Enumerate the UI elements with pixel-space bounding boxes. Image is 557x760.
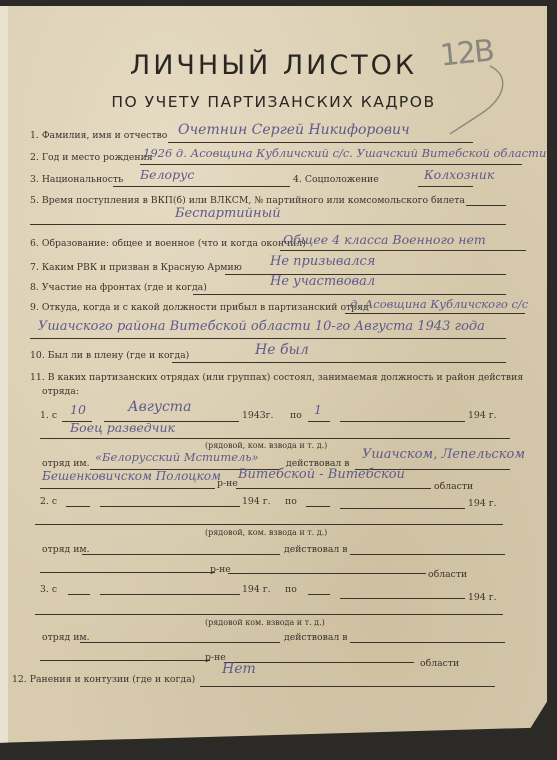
entry-2-region-label: области	[428, 569, 467, 580]
entry-2-acted-line	[350, 554, 505, 555]
entry-1-detachment-label: отряд им.	[42, 458, 90, 469]
entry-3-day-line	[68, 594, 90, 595]
field-11-label: 11. В каких партизанских отрядах (или гр…	[30, 372, 523, 383]
entry-3-num: 3. с	[40, 584, 57, 595]
entry-1-to-label: по	[290, 410, 302, 421]
entry-3-month-line	[100, 594, 240, 595]
entry-3-monthto-line	[340, 598, 465, 599]
field-9-value-line1: д. Асовщина Кубличского с/с	[350, 297, 528, 311]
field-7-value: Не призывался	[270, 254, 375, 269]
document-page: ЛИЧНЫЙ ЛИСТОК ПО УЧЕТУ ПАРТИЗАНСКИХ КАДР…	[0, 6, 547, 754]
field-12-value: Нет	[222, 661, 256, 677]
entry-1-month-from: Августа	[128, 399, 191, 415]
entry-2-district-line	[40, 572, 215, 573]
entry-2-detachment-line	[82, 554, 280, 555]
entry-3-position-line	[35, 614, 503, 615]
entry-3-detachment-line	[80, 642, 280, 643]
field-5-line-a	[466, 205, 506, 206]
field-3-line	[113, 186, 290, 187]
entry-1-district: Бешенковичском Полоцком	[42, 469, 221, 483]
entry-1-detachment: «Белорусский Мститель»	[95, 450, 259, 464]
field-1-value: Очетнин Сергей Никифорович	[178, 122, 410, 138]
entry-2-region-line	[228, 573, 426, 574]
field-11-label-cont: отряда:	[42, 386, 79, 397]
field-7-label: 7. Каким РВК и призван в Красную Армию	[30, 262, 242, 273]
field-2-label: 2. Год и место рождения	[30, 152, 153, 163]
entry-1-region-label: области	[434, 481, 473, 492]
entry-1-dayto-line	[308, 421, 330, 422]
field-6-value: Общее 4 класса Военного нет	[283, 232, 486, 247]
field-8-value: Не участвовал	[270, 274, 375, 289]
field-6-label: 6. Образование: общее и военное (что и к…	[30, 238, 306, 249]
field-9-value-line2: Ушачского района Витебской области 10-го…	[38, 319, 485, 334]
field-3-label: 3. Национальность	[30, 174, 123, 185]
entry-3-acted-line	[350, 642, 505, 643]
field-10-line	[172, 362, 506, 363]
field-9-label: 9. Откуда, когда и с какой должности при…	[30, 302, 369, 313]
entry-3-to-label: по	[285, 584, 297, 595]
field-9-line-b	[30, 338, 506, 339]
entry-2-month-line	[100, 506, 240, 507]
pencil-stroke-icon	[440, 56, 520, 136]
field-4-line	[418, 186, 473, 187]
entry-2-to-label: по	[285, 496, 297, 507]
entry-2-year-from: 194 г.	[242, 496, 271, 507]
entry-2-dayto-line	[306, 506, 330, 507]
entry-2-num: 2. с	[40, 496, 57, 507]
entry-3-year-to: 194 г.	[468, 592, 497, 603]
entry-1-year-to: 194 г.	[468, 410, 497, 421]
field-12-line	[200, 686, 495, 687]
entry-1-district-label: р-не	[217, 478, 238, 489]
field-1-line	[168, 142, 473, 143]
field-2-line	[140, 164, 522, 165]
entry-1-position-line	[40, 438, 510, 439]
field-10-label: 10. Был ли в плену (где и когда)	[30, 350, 189, 361]
field-6-line	[280, 250, 526, 251]
field-4-value: Колхозник	[424, 167, 494, 182]
field-8-line	[193, 294, 506, 295]
entry-2-day-line	[66, 506, 90, 507]
entry-1-year-from: 1943г.	[242, 410, 274, 421]
entry-2-year-to: 194 г.	[468, 498, 497, 509]
entry-1-district-line	[40, 488, 215, 489]
field-5-line-b	[30, 224, 506, 225]
field-10-value: Не был	[255, 342, 309, 358]
field-3-value: Белорус	[140, 167, 194, 182]
entry-1-monthto-line	[340, 421, 465, 422]
field-5-value: Беспартийный	[175, 206, 281, 221]
field-1-label: 1. Фамилия, имя и отчество	[30, 130, 167, 141]
entry-1-position-caption: (рядовой, ком. взвода и т. д.)	[205, 441, 327, 450]
entry-1-region-line	[236, 488, 431, 489]
entry-3-region-label: области	[420, 658, 459, 669]
entry-1-day-from: 10	[70, 402, 86, 417]
entry-2-acted-label: действовал в	[284, 544, 347, 555]
field-12-label: 12. Ранения и контузии (где и когда)	[12, 674, 195, 685]
entry-3-district-line	[40, 660, 210, 661]
entry-3-dayto-line	[308, 594, 330, 595]
entry-1-region: Витебской - Витебской	[238, 467, 405, 482]
field-8-label: 8. Участие на фронтах (где и когда)	[30, 282, 207, 293]
entry-1-num: 1. с	[40, 410, 57, 421]
entry-1-acted-in: Ушачском, Лепельском	[362, 447, 525, 462]
field-2-value: 1926 д. Асовщина Кубличский с/с. Ушачски…	[143, 146, 546, 160]
field-4-label: 4. Соцположение	[293, 174, 379, 185]
entry-2-position-caption: (рядовой, ком. взвода и т. д.)	[205, 528, 327, 537]
entry-2-position-line	[35, 524, 503, 525]
field-9-line-a	[345, 313, 525, 314]
entry-3-acted-label: действовал в	[284, 632, 347, 643]
entry-3-position-caption: (рядовой ком. взвода и т. д.)	[205, 618, 325, 627]
field-5-label: 5. Время поступления в ВКП(б) или ВЛКСМ,…	[30, 195, 465, 206]
scan-edge	[0, 6, 8, 754]
entry-2-monthto-line	[340, 508, 465, 509]
entry-3-year-from: 194 г.	[242, 584, 271, 595]
entry-1-day-to: 1	[314, 402, 322, 417]
entry-1-position: Боец разведчик	[70, 420, 175, 435]
